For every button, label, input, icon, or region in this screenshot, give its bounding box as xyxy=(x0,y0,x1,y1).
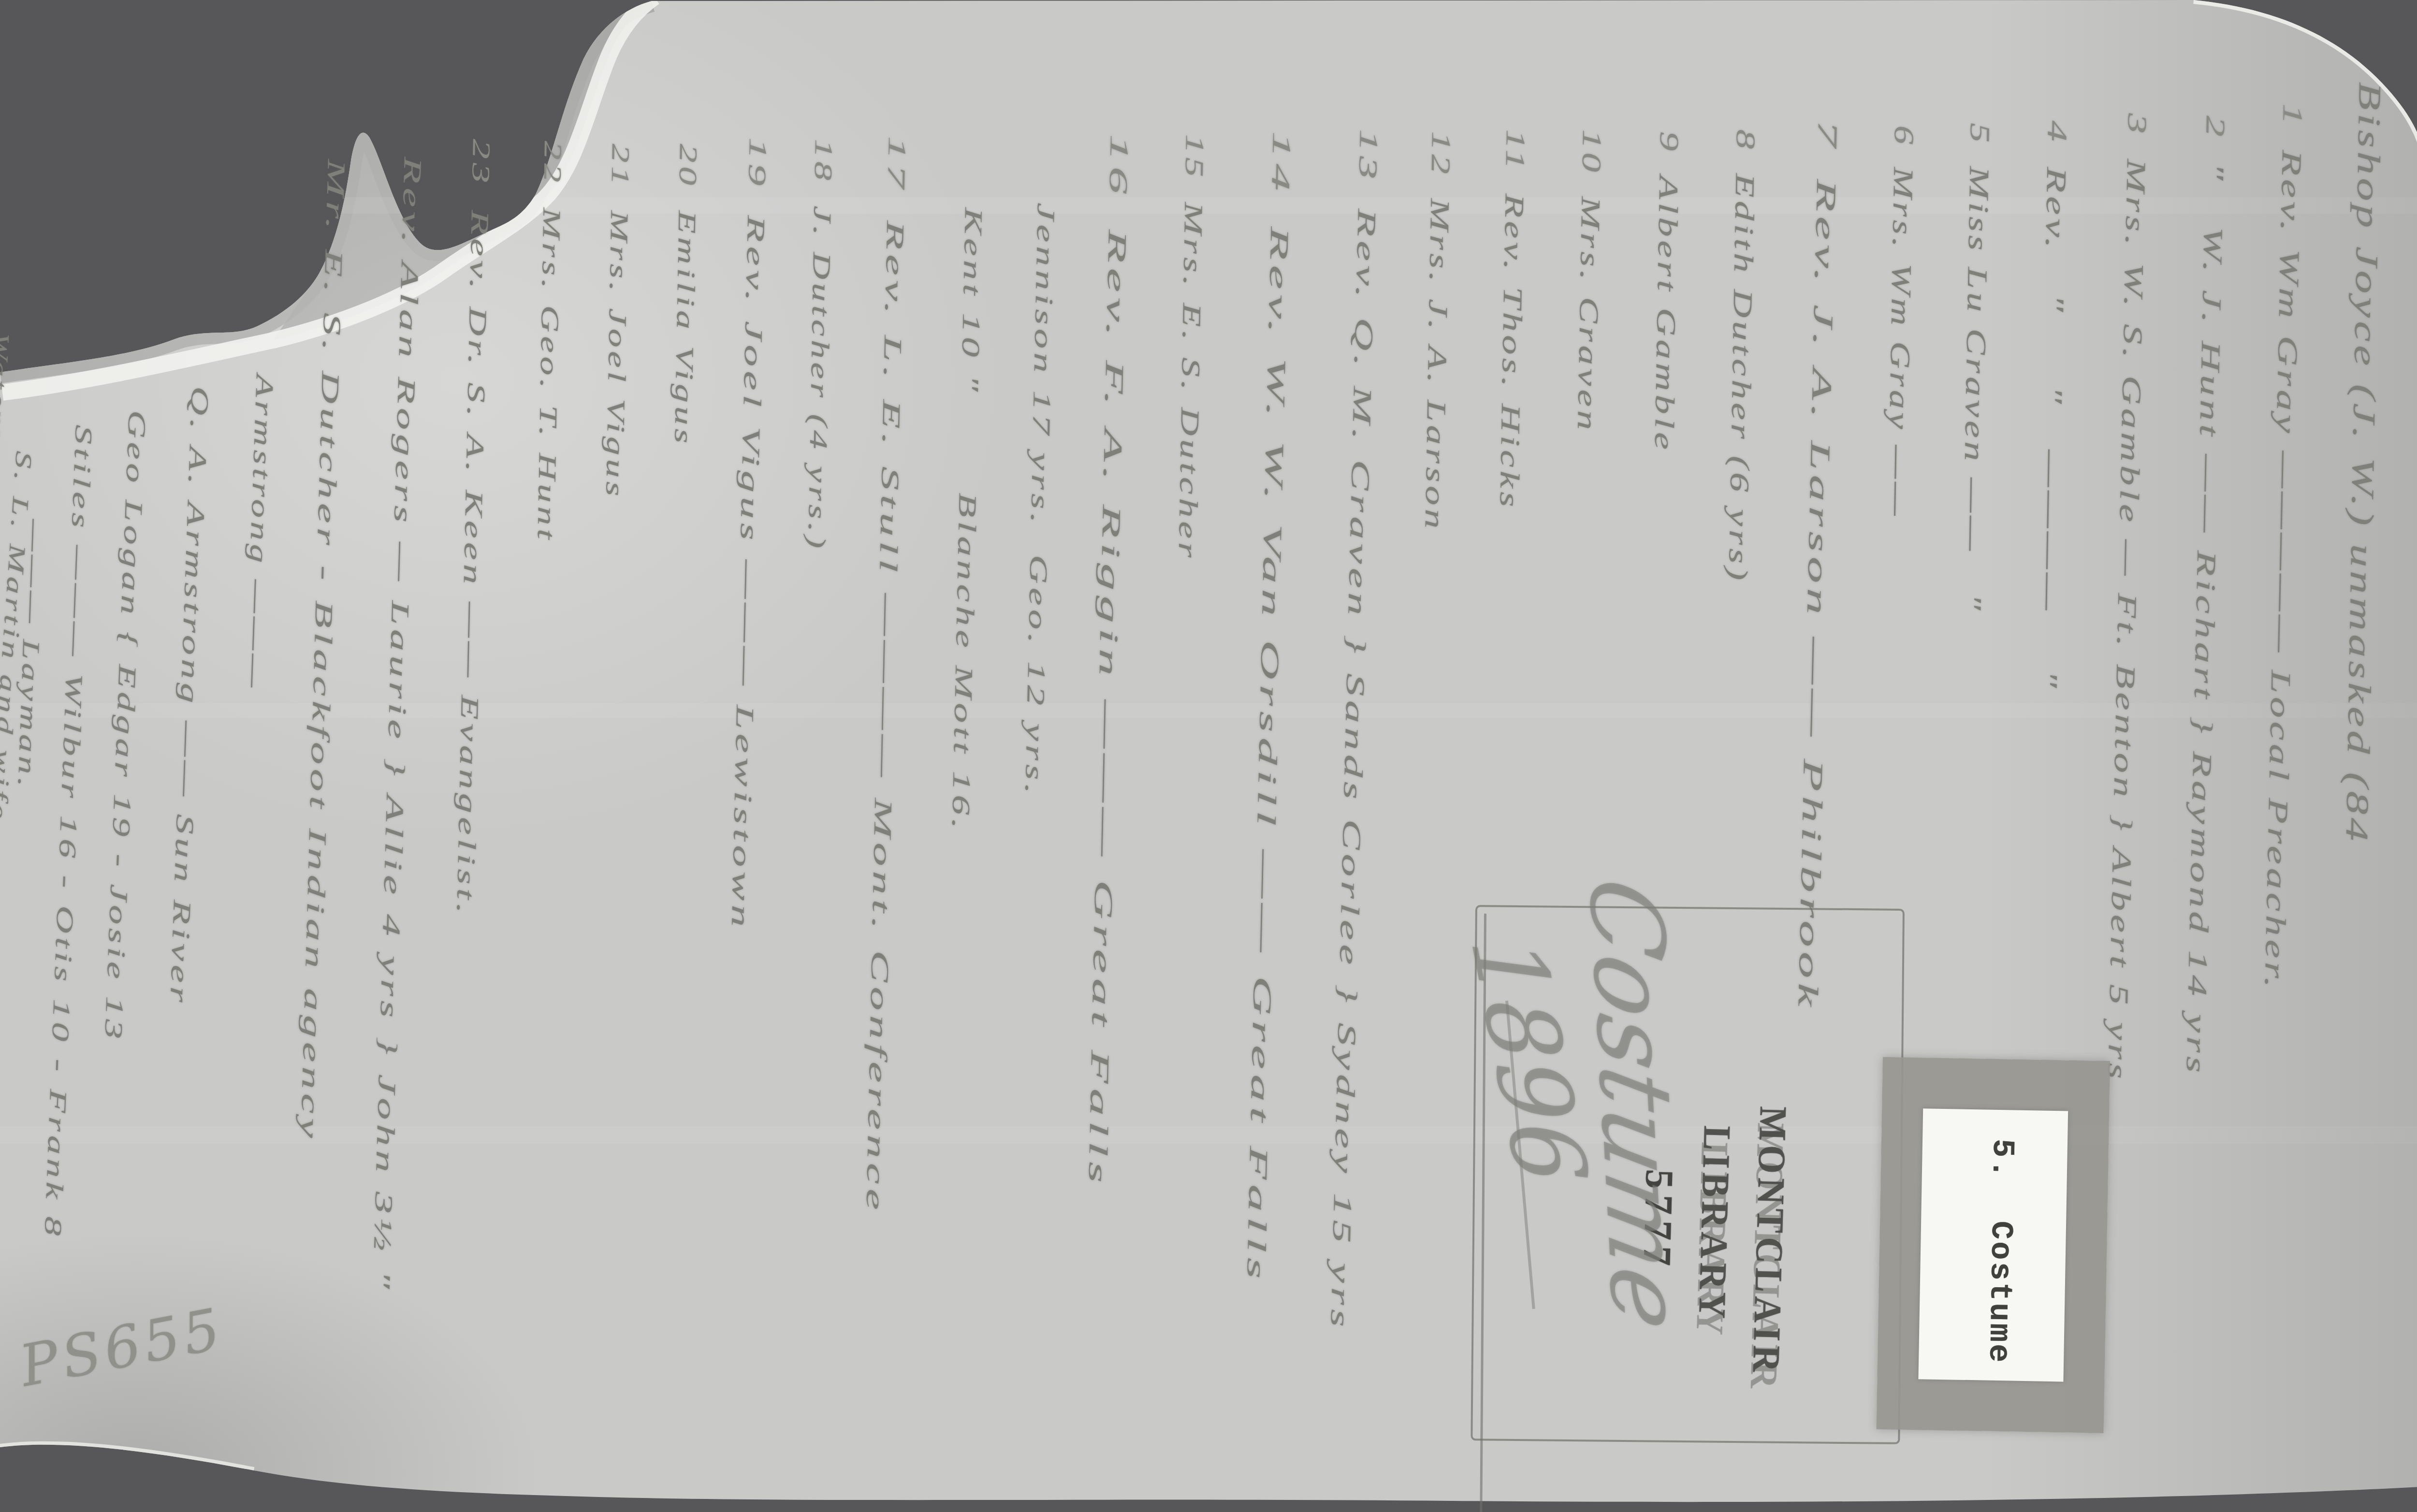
line-text: Jennison 17 yrs. Geo. 12 yrs. xyxy=(1019,203,1060,798)
title-line: Bishop Joyce (J. W.) unmasked (84 xyxy=(2338,82,2388,845)
handwritten-line: 13Rev. Q. M. Craven } Sands Corlee } Syd… xyxy=(1325,129,1384,1331)
line-number: 15 xyxy=(1179,134,1210,181)
line-number: 22 xyxy=(538,141,567,186)
library-stamp-line1: MONTCLAIR xyxy=(1743,1105,1795,1377)
line-number: 10 xyxy=(1575,129,1607,176)
label-mount: 5. Costume xyxy=(1877,1057,2110,1433)
line-text: Edith Dutcher (6 yrs) xyxy=(1723,173,1760,584)
line-text: Rev. J. A. Larson —— Philbrook xyxy=(1792,179,1842,1012)
line-number: 8 xyxy=(1730,129,1761,153)
line-text: Mr. E. S. Dutcher - Blackfoot Indian age… xyxy=(295,159,350,1143)
line-text: Armstrong ——— xyxy=(240,374,278,691)
line-text: Mrs. Wm Gray —— xyxy=(1882,167,1920,519)
handwritten-line: Jennison 17 yrs. Geo. 12 yrs. xyxy=(1019,203,1060,798)
line-text: Rev. F. A. Riggin ——— Great Falls xyxy=(1083,229,1132,1188)
line-number: 1 xyxy=(2276,103,2309,129)
handwritten-line: 8Edith Dutcher (6 yrs) xyxy=(1722,129,1761,584)
line-text: Emilia Vigus xyxy=(669,210,701,447)
line-text: Geo Logan { Edgar 19 - Josie 13 xyxy=(99,410,151,1043)
handwritten-line: 11Rev. Thos. Hicks xyxy=(1493,129,1531,511)
catalog-label-text: 5. Costume xyxy=(1980,1138,2019,1365)
line-text: Mrs. W. S. Gamble — Ft. Benton } Albert … xyxy=(2102,159,2151,1083)
handwritten-line: 16Rev. F. A. Riggin ——— Great Falls xyxy=(1082,134,1135,1189)
handwritten-line: Waters xyxy=(0,332,15,443)
line-number: 7 xyxy=(1811,120,1844,152)
handwritten-line: 7Rev. J. A. Larson —— Philbrook xyxy=(1791,120,1844,1011)
line-text: Mrs. E. S. Dutcher xyxy=(1173,202,1208,561)
line-text: Mrs. Craven xyxy=(1572,196,1606,434)
line-number: 11 xyxy=(1499,129,1531,173)
line-number: 12 xyxy=(1425,131,1456,178)
handwritten-line: Armstrong ——— xyxy=(239,374,279,692)
line-text: Rev. Wm Gray ————— Local Preacher. xyxy=(2259,150,2308,992)
handwritten-line: 20Emilia Vigus xyxy=(669,144,702,447)
handwritten-line: 6Mrs. Wm Gray —— xyxy=(1881,125,1921,519)
handwritten-line: 9Albert Gamble xyxy=(1648,131,1685,453)
line-number: 23 xyxy=(466,139,495,187)
line-number: 2 xyxy=(2199,116,2231,141)
line-number: 14 xyxy=(1266,131,1297,197)
handwritten-line: 4Rev. ″ ″ ———— ″ xyxy=(2031,120,2074,692)
line-number: 17 xyxy=(882,136,911,193)
line-text: Rev. ″ ″ ———— ″ xyxy=(2032,167,2072,692)
line-number: 20 xyxy=(673,144,702,189)
line-text: Rev. Q. M. Craven } Sands Corlee } Sydne… xyxy=(1325,208,1382,1332)
line-text: Rev. Joel Vigus ——— Lewistown xyxy=(726,215,770,931)
line-text: Rev. W. W. Van Orsdill —— Great Falls xyxy=(1241,226,1295,1284)
handwritten-line: Kent 10 ″ Blanche Mott 16. xyxy=(946,207,988,833)
line-text: Rev. Alan Rogers — Laurie } Allie 4 yrs … xyxy=(367,156,426,1293)
handwritten-line: 19Rev. Joel Vigus ——— Lewistown xyxy=(726,137,772,931)
handwritten-line: 22Mrs. Geo. T. Hunt xyxy=(531,141,567,543)
line-number: 9 xyxy=(1653,131,1685,155)
catalog-label: 5. Costume xyxy=(1918,1108,2068,1381)
handwritten-line: Rev. Alan Rogers — Laurie } Allie 4 yrs … xyxy=(366,156,427,1293)
line-number: 18 xyxy=(808,139,838,184)
line-number: 6 xyxy=(1888,125,1921,148)
handwritten-line: Geo Logan { Edgar 19 - Josie 13 xyxy=(99,410,151,1043)
line-text: Mrs. Geo. T. Hunt xyxy=(532,207,565,543)
line-text: Waters xyxy=(0,332,14,443)
handwritten-line: 5Miss Lu Craven —— ″ xyxy=(1955,123,1996,614)
handwritten-line: 2″ W. J. Hunt —— Richart } Raymond 14 yr… xyxy=(2180,116,2231,1077)
handwritten-line: 17Rev. L. E. Stull ———— Mont. Conference xyxy=(860,136,911,1215)
line-text: Rev. Dr. S. A. Keen —— Evangelist. xyxy=(451,210,494,917)
line-number: 16 xyxy=(1103,134,1135,200)
line-text: Rev. Thos. Hicks xyxy=(1494,193,1529,511)
line-text: Mrs. J. A. Larson xyxy=(1419,198,1455,532)
rotated-page-content: Bishop Joyce (J. W.) unmasked (84 1Rev. … xyxy=(0,0,2417,1512)
handwritten-line: 18J. Dutcher (4 yrs.) xyxy=(802,139,838,552)
handwritten-line: 3Mrs. W. S. Gamble — Ft. Benton } Albert… xyxy=(2101,113,2153,1083)
line-text: Albert Gamble xyxy=(1648,175,1683,453)
handwritten-line: 15Mrs. E. S. Dutcher xyxy=(1173,134,1210,561)
handwritten-line: 1Rev. Wm Gray ————— Local Preacher. xyxy=(2258,103,2309,992)
handwritten-line: 23Rev. Dr. S. A. Keen —— Evangelist. xyxy=(451,139,495,918)
line-number: 21 xyxy=(605,144,635,189)
handwritten-line: 12Mrs. J. A. Larson xyxy=(1419,131,1456,532)
line-number: 3 xyxy=(2121,113,2153,138)
line-number: 4 xyxy=(2041,120,2074,145)
handwritten-line: 14Rev. W. W. Van Orsdill —— Great Falls xyxy=(1241,131,1297,1284)
line-text: Rev. L. E. Stull ———— Mont. Conference xyxy=(860,220,909,1215)
scanned-document-photo: Bishop Joyce (J. W.) unmasked (84 1Rev. … xyxy=(0,0,2417,1512)
line-text: J. Dutcher (4 yrs.) xyxy=(802,205,836,552)
line-number: 19 xyxy=(743,137,772,190)
handwritten-line: Mr. E. S. Dutcher - Blackfoot Indian age… xyxy=(294,159,350,1143)
line-number: 13 xyxy=(1353,129,1384,183)
handwritten-line: Q. A. Armstrong —— Sun River xyxy=(164,386,214,1007)
handwritten-line: 10Mrs. Craven xyxy=(1571,129,1607,434)
line-text: Mrs. Joel Vigus xyxy=(600,210,633,500)
line-number: 5 xyxy=(1964,123,1996,146)
line-text: ″ W. J. Hunt —— Richart } Raymond 14 yrs xyxy=(2180,162,2229,1076)
line-text: Miss Lu Craven —— ″ xyxy=(1956,166,1995,613)
handwritten-line: 21Mrs. Joel Vigus xyxy=(600,144,635,500)
line-text: Kent 10 ″ Blanche Mott 16. xyxy=(946,207,987,833)
line-text: Q. A. Armstrong —— Sun River xyxy=(164,386,214,1007)
